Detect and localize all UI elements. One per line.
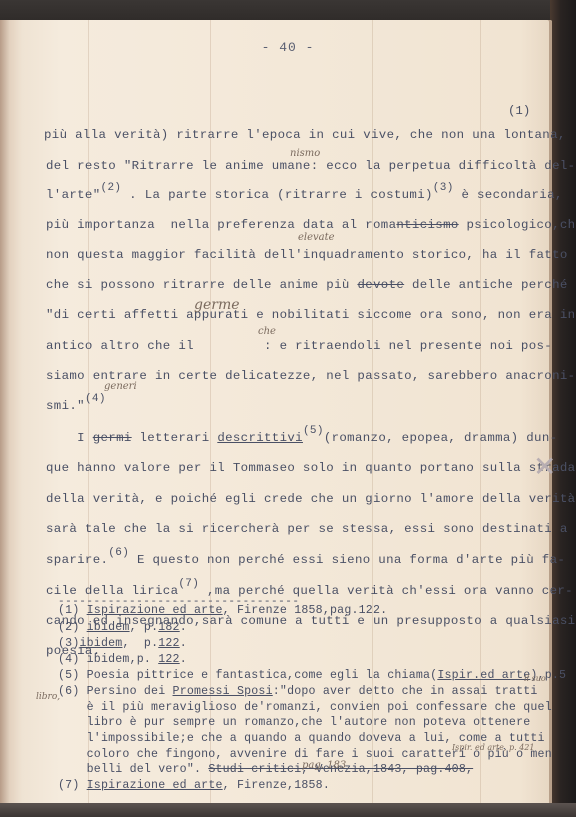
body-line: smi."(4) bbox=[46, 399, 106, 413]
body-line: "di certi affetti appurati e nobilitati … bbox=[46, 308, 575, 322]
margin-x-mark: ✕ bbox=[533, 450, 556, 483]
footnote-line: belli del vero". Studi critici, Venezia,… bbox=[58, 763, 473, 776]
footnote-line: (4) ibidem,p. 122. bbox=[58, 653, 187, 666]
footnote-line: (5) Poesia pittrice e fantastica,come eg… bbox=[58, 669, 566, 682]
body-line: del resto "Ritrarre le anime umane: ecco… bbox=[46, 159, 575, 173]
handwritten-nismo: nismo bbox=[290, 148, 320, 159]
footnote-line: (6) Persino dei Promessi Sposi:"dopo ave… bbox=[58, 685, 538, 698]
body-line: I germi letterari descrittivi(5)(romanzo… bbox=[46, 431, 557, 445]
footnote-line: (1) Ispirazione ed arte, Firenze 1858,pa… bbox=[58, 604, 387, 617]
body-line: que hanno valore per il Tommaseo solo in… bbox=[46, 461, 575, 475]
body-line: sarà tale che la si ricercherà per se st… bbox=[46, 522, 568, 536]
page-number: - 40 - bbox=[0, 40, 576, 55]
scan-background-right bbox=[550, 0, 576, 817]
footnote-line: (2) ibidem, p.182. bbox=[58, 621, 187, 634]
handwritten-libro: libro, bbox=[36, 692, 60, 702]
body-line: della verità, e poiché egli crede che un… bbox=[46, 492, 575, 506]
footnote-line: libro è pur sempre un romanzo,che l'auto… bbox=[58, 716, 530, 729]
scan-background-bottom bbox=[0, 803, 576, 817]
body-line: non questa maggior facilità dell'inquadr… bbox=[46, 248, 568, 262]
handwritten-germe: germe bbox=[194, 297, 240, 313]
body-line: sparire.(6) E questo non perché essi sie… bbox=[46, 553, 565, 567]
handwritten-che: che bbox=[258, 326, 276, 337]
handwritten-il-suo: il suo bbox=[524, 674, 546, 683]
footnote-line: (3)ibidem, p.122. bbox=[58, 637, 187, 650]
body-line: più importanza nella preferenza data al … bbox=[46, 218, 576, 232]
handwritten-pag-183: pag. 183 bbox=[302, 760, 346, 771]
body-line: l'arte"(2) . La parte storica (ritrarre … bbox=[46, 188, 563, 202]
body-line: antico altro che il : e ritraendoli nel … bbox=[46, 339, 552, 353]
footnote-line: (7) Ispirazione ed arte, Firenze,1858. bbox=[58, 779, 330, 792]
body-line: più alla verità) ritrarre l'epoca in cui… bbox=[44, 128, 566, 142]
body-line: che si possono ritrarre delle anime più … bbox=[46, 278, 568, 292]
footnote-marker: (1) bbox=[508, 104, 530, 118]
handwritten-generi: generi bbox=[104, 381, 137, 392]
handwritten-elevate: elevate bbox=[298, 232, 335, 243]
footnote-line: è il più meraviglioso de'romanzi, convie… bbox=[58, 701, 552, 714]
handwritten-ispir-ref: Ispir. ed arte, p. 421 bbox=[452, 743, 534, 752]
